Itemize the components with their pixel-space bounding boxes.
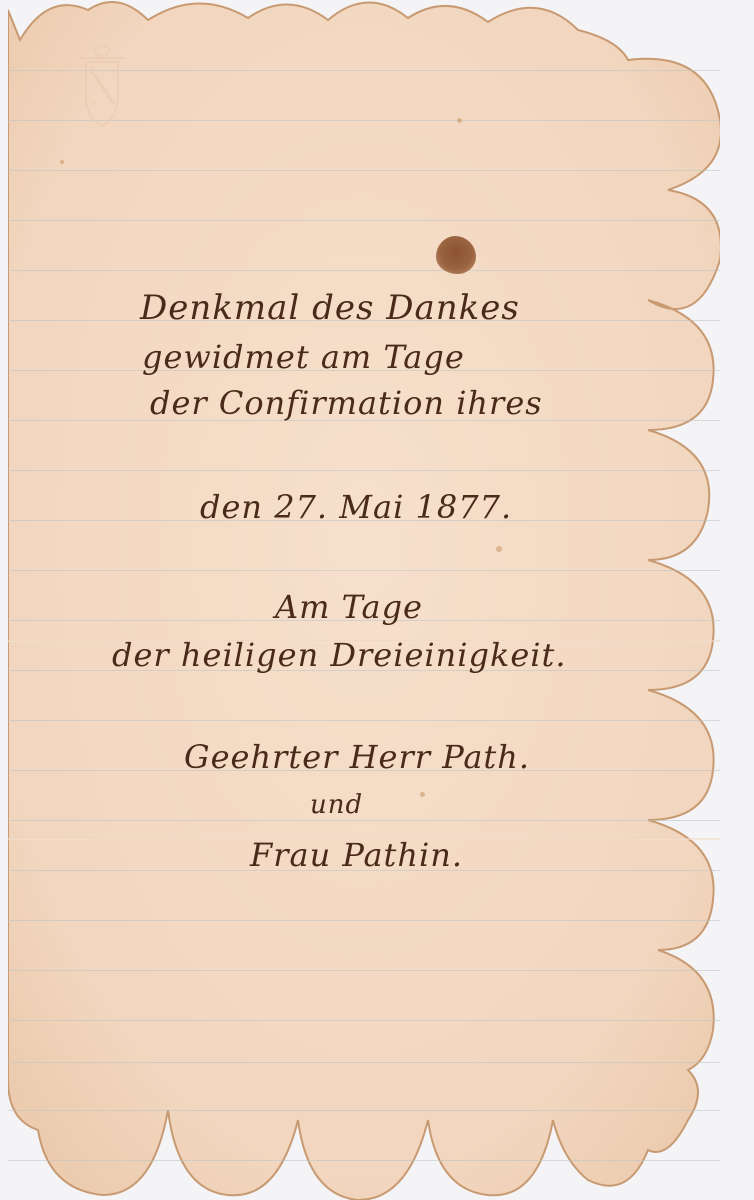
foxing-spot (420, 792, 425, 797)
date-line: den 27. Mai 1877. (200, 488, 512, 526)
handwriting-line-3: der Confirmation ihres (150, 384, 543, 422)
handwriting-line-6: der heiligen Dreieinigkeit. (112, 636, 567, 674)
foxing-spot (457, 118, 462, 123)
salutation-conjunction: und (310, 790, 363, 820)
handwriting-line-5: Am Tage (275, 588, 423, 626)
foxing-spot (496, 546, 502, 552)
ink-blot (436, 236, 476, 274)
salutation-line-2: Frau Pathin. (250, 836, 463, 874)
handwriting-line-2: gewidmet am Tage (142, 338, 465, 376)
handwriting-line-1: Denkmal des Dankes (140, 288, 520, 328)
svg-text:★: ★ (90, 99, 97, 108)
salutation-line-1: Geehrter Herr Path. (184, 738, 530, 776)
embossed-crest-icon: ★ ★ (72, 44, 132, 134)
foxing-spot (60, 160, 64, 164)
svg-text:★: ★ (110, 67, 117, 76)
